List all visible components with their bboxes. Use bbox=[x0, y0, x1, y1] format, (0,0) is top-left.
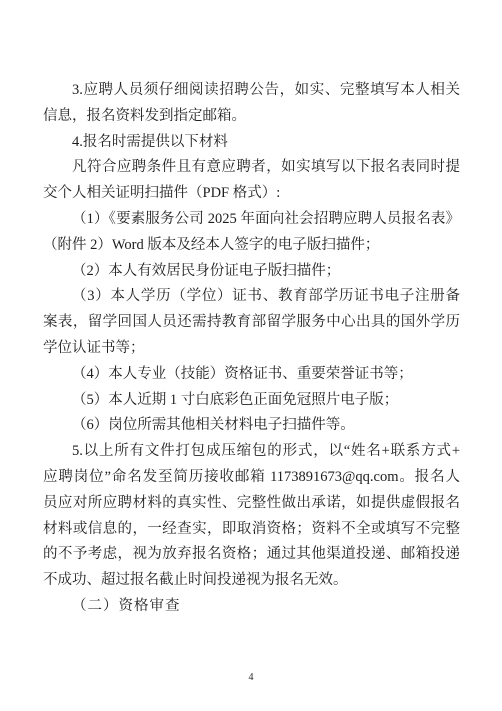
text-line: 3.应聘人员须仔细阅读招聘公告，如实、完整填写本人相关 bbox=[43, 78, 460, 104]
text-line: 交个人相关证明扫描件（PDF 格式）: bbox=[43, 181, 460, 207]
section-heading: （二）资格审查 bbox=[43, 594, 460, 620]
page-number: 4 bbox=[0, 672, 502, 684]
text-line: 不成功、超过报名截止时间投递视为报名无效。 bbox=[43, 568, 460, 594]
text-line: （1）《要素服务公司 2025 年面向社会招聘应聘人员报名表》 bbox=[43, 207, 460, 233]
text-line: （附件 2）Word 版本及经本人签字的电子版扫描件； bbox=[43, 233, 460, 259]
text-line: 员应对所应聘材料的真实性、完整性做出承诺，如提供虚假报名 bbox=[43, 491, 460, 517]
text-line: 4.报名时需提供以下材料 bbox=[43, 130, 460, 156]
text-line: （4）本人专业（技能）资格证书、重要荣誉证书等； bbox=[43, 362, 460, 388]
text-line: （5）本人近期 1 寸白底彩色正面免冠照片电子版； bbox=[43, 388, 460, 414]
text-line: 学位认证书等； bbox=[43, 336, 460, 362]
text-line: 应聘岗位”命名发至简历接收邮箱 1173891673@qq.com。报名人 bbox=[43, 465, 460, 491]
text-line: 案表，留学回国人员还需持教育部留学服务中心出具的国外学历 bbox=[43, 310, 460, 336]
text-line: 材料或信息的，一经查实，即取消资格；资料不全或填写不完整 bbox=[43, 517, 460, 543]
text-line: 的不予考虑，视为放弃报名资格；通过其他渠道投递、邮箱投递 bbox=[43, 542, 460, 568]
text-line: 信息，报名资料发到指定邮箱。 bbox=[43, 104, 460, 130]
document-page: 3.应聘人员须仔细阅读招聘公告，如实、完整填写本人相关信息，报名资料发到指定邮箱… bbox=[0, 0, 502, 711]
text-line: （3）本人学历（学位）证书、教育部学历证书电子注册备 bbox=[43, 284, 460, 310]
text-line: （6）岗位所需其他相关材料电子扫描件等。 bbox=[43, 413, 460, 439]
text-line: 凡符合应聘条件且有意应聘者，如实填写以下报名表同时提 bbox=[43, 155, 460, 181]
text-line: 5.以上所有文件打包成压缩包的形式，以“姓名+联系方式+ bbox=[43, 439, 460, 465]
text-line: （2）本人有效居民身份证电子版扫描件； bbox=[43, 259, 460, 285]
document-lines: 3.应聘人员须仔细阅读招聘公告，如实、完整填写本人相关信息，报名资料发到指定邮箱… bbox=[43, 78, 460, 620]
